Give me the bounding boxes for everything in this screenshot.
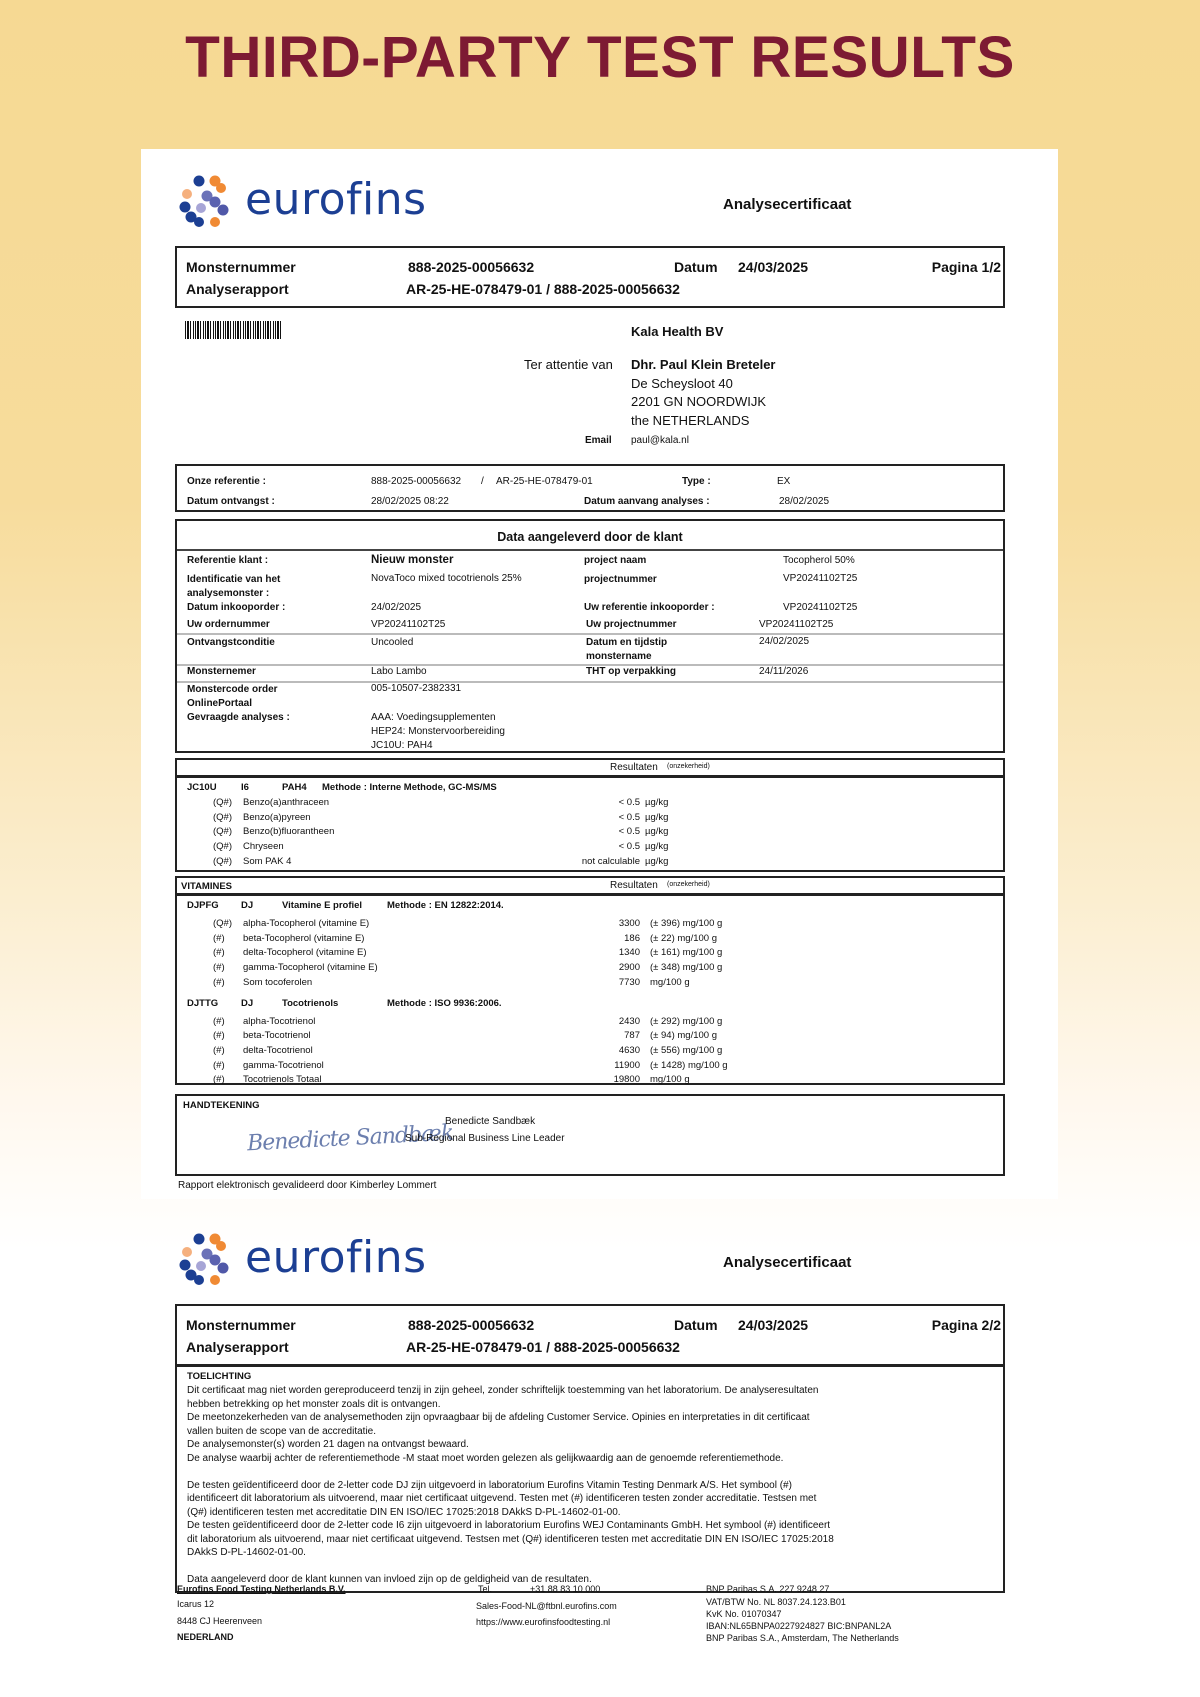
result-flag: (Q#)	[213, 812, 232, 823]
result-value: 787	[624, 1030, 640, 1041]
result-uncertainty: (± 396)	[650, 918, 680, 929]
ontvangstconditie-label: Ontvangstconditie	[187, 637, 275, 648]
analyserapport-label: Analyserapport	[186, 281, 289, 297]
result-name: Benzo(b)fluorantheen	[243, 826, 334, 837]
eurofins-logo-icon	[177, 1230, 233, 1286]
result-uncertainty: (± 1428)	[650, 1060, 685, 1071]
result-flag: (Q#)	[213, 826, 232, 837]
result-uncertainty-unit: mg/100 g	[650, 1074, 690, 1085]
contact-name: Dhr. Paul Klein Breteler	[631, 357, 776, 372]
project-naam-label: project naam	[584, 555, 646, 566]
result-unit: mg/100 g	[650, 977, 690, 988]
result-value: 186	[624, 933, 640, 944]
vitamins-section-label: VITAMINES	[181, 881, 232, 892]
eurofins-logo: eurofins	[177, 172, 427, 228]
datum-label: Datum	[674, 259, 718, 275]
notes-line: hebben betrekking op het monster zoals d…	[187, 1398, 834, 1412]
result-uncertainty: (± 161)	[650, 947, 680, 958]
page-number: Pagina 2/2	[932, 1317, 1001, 1333]
footer-country: NEDERLAND	[177, 1632, 234, 1642]
type-label: Type :	[682, 476, 711, 487]
datum-ontvangst-label: Datum ontvangst :	[187, 496, 275, 507]
page-banner-title: THIRD-PARTY TEST RESULTS	[12, 24, 1188, 91]
result-unit: µg/kg	[645, 826, 668, 837]
identificatie-label: Identificatie van het	[187, 574, 280, 585]
result-name: alpha-Tocopherol (vitamine E)	[243, 918, 369, 929]
group-method: Methode : EN 12822:2014.	[387, 900, 504, 911]
result-name: Som tocoferolen	[243, 977, 312, 988]
notes-line: De meetonzekerheden van de analysemethod…	[187, 1411, 834, 1425]
client-data-title: Data aangeleverd door de klant	[177, 530, 1003, 544]
notes-text: Dit certificaat mag niet worden gereprod…	[187, 1384, 834, 1587]
eurofins-logo-text: eurofins	[245, 178, 427, 222]
result-name: Benzo(a)pyreen	[243, 812, 311, 823]
result-name: gamma-Tocopherol (vitamine E)	[243, 962, 378, 973]
vitamins-results-box: DJPFG DJ Vitamine E profiel Methode : EN…	[175, 894, 1005, 1085]
email-value: paul@kala.nl	[631, 435, 689, 446]
result-value: < 0.5	[619, 841, 640, 852]
projectnummer-label: projectnummer	[584, 574, 657, 585]
onze-referentie-label: Onze referentie :	[187, 476, 266, 487]
result-uncertainty: (± 292)	[650, 1016, 680, 1027]
pah-code: JC10U	[187, 782, 217, 793]
result-name: Som PAK 4	[243, 856, 291, 867]
notes-line: vallen buiten de scope van de accreditat…	[187, 1425, 834, 1439]
result-flag: (Q#)	[213, 797, 232, 808]
footer-website-link[interactable]: https://www.eurofinsfoodtesting.nl	[476, 1617, 610, 1627]
uw-projectnummer-value: VP20241102T25	[759, 619, 833, 630]
signature-box: HANDTEKENING Benedicte Sandbæk Benedicte…	[175, 1094, 1005, 1176]
result-unit: mg/100 g	[683, 947, 723, 958]
datum-value: 24/03/2025	[738, 1317, 808, 1333]
analyserapport-label: Analyserapport	[186, 1339, 289, 1355]
group-name: Vitamine E profiel	[282, 900, 362, 911]
result-flag: (#)	[213, 962, 225, 973]
notes-line	[187, 1560, 834, 1574]
pah-results-box: JC10U I6 PAH4 Methode : Interne Methode,…	[175, 776, 1005, 872]
monsternemer-value: Labo Lambo	[371, 666, 427, 677]
certificate-title: Analysecertificaat	[723, 196, 851, 213]
result-value: not calculable	[582, 856, 640, 867]
result-flag: (Q#)	[213, 841, 232, 852]
notes-line: (Q#) identificeren testen met accreditat…	[187, 1506, 834, 1520]
notes-line: DAkkS D-PL-14602-01-00.	[187, 1546, 834, 1560]
notes-box: TOELICHTING Dit certificaat mag niet wor…	[175, 1365, 1005, 1593]
projectnummer-value: VP20241102T25	[783, 573, 857, 584]
pah-name: PAH4	[282, 782, 307, 793]
monstercode-value: 005-10507-2382331	[371, 683, 461, 694]
barcode	[185, 321, 283, 339]
notes-line: De testen geïdentificeerd door de 2-lett…	[187, 1519, 834, 1533]
analysis-item: AAA: Voedingsupplementen	[371, 712, 496, 723]
tht-value: 24/11/2026	[759, 666, 808, 677]
pah-method: Methode : Interne Methode, GC-MS/MS	[322, 782, 497, 793]
type-value: EX	[777, 476, 790, 487]
monsternummer-label: Monsternummer	[186, 1317, 296, 1333]
pah-lab: I6	[241, 782, 249, 793]
uw-referentie-inkooporder-label: Uw referentie inkooporder :	[584, 602, 715, 613]
result-name: Benzo(a)anthraceen	[243, 797, 329, 808]
footer-street: Icarus 12	[177, 1599, 214, 1609]
result-unit: mg/100 g	[650, 1074, 690, 1085]
result-name: beta-Tocotrienol	[243, 1030, 311, 1041]
analyserapport-value: AR-25-HE-078479-01 / 888-2025-00056632	[406, 281, 680, 297]
result-uncertainty: (± 22)	[650, 933, 675, 944]
notes-line: dit laboratorium als uitvoerend, maar ni…	[187, 1533, 834, 1547]
result-value: 2430	[619, 1016, 640, 1027]
uw-ordernummer-value: VP20241102T25	[371, 619, 445, 630]
result-unit: µg/kg	[645, 856, 668, 867]
result-name: delta-Tocotrienol	[243, 1045, 313, 1056]
result-unit: µg/kg	[645, 797, 668, 808]
uw-ordernummer-label: Uw ordernummer	[187, 619, 270, 630]
uncertainty-label: (onzekerheid)	[667, 763, 710, 770]
certificate-header-box: Monsternummer 888-2025-00056632 Datum 24…	[175, 1304, 1005, 1366]
result-value: 2900	[619, 962, 640, 973]
eurofins-logo: eurofins	[177, 1230, 427, 1286]
footer-kvk: KvK No. 01070347	[706, 1609, 782, 1619]
datum-value: 24/03/2025	[738, 259, 808, 275]
ontvangstconditie-value: Uncooled	[371, 637, 413, 648]
monstercode-label-2: OnlinePortaal	[187, 698, 252, 709]
validation-note: Rapport elektronisch gevalideerd door Ki…	[178, 1180, 436, 1191]
referentie-klant-value: Nieuw monster	[371, 554, 453, 566]
certificate-title: Analysecertificaat	[723, 1254, 851, 1271]
notes-title: TOELICHTING	[187, 1371, 251, 1382]
uw-projectnummer-label: Uw projectnummer	[586, 619, 677, 630]
monstername-value: 24/02/2025	[759, 636, 809, 647]
result-value: 1340	[619, 947, 640, 958]
result-name: alpha-Tocotrienol	[243, 1016, 315, 1027]
gevraagde-analyses-label: Gevraagde analyses :	[187, 712, 290, 723]
page-number: Pagina 1/2	[932, 259, 1001, 275]
datum-aanvang-value: 28/02/2025	[779, 496, 829, 507]
footer-email-link[interactable]: Sales-Food-NL@ftbnl.eurofins.com	[476, 1601, 617, 1611]
notes-line: Dit certificaat mag niet worden gereprod…	[187, 1384, 834, 1398]
datum-ontvangst-value: 28/02/2025 08:22	[371, 496, 449, 507]
signature-title: HANDTEKENING	[183, 1100, 260, 1111]
result-uncertainty-unit: (± 396) mg/100 g	[650, 918, 722, 929]
result-uncertainty-unit: (± 22) mg/100 g	[650, 933, 717, 944]
group-name: Tocotrienols	[282, 998, 338, 1009]
pah-results-header: Resultaten (onzekerheid)	[175, 758, 1005, 777]
result-value: 4630	[619, 1045, 640, 1056]
result-flag: (#)	[213, 1060, 225, 1071]
notes-line: De analysemonster(s) worden 21 dagen na …	[187, 1438, 834, 1452]
notes-line: identificeert dit laboratorium als uitvo…	[187, 1492, 834, 1506]
datum-label: Datum	[674, 1317, 718, 1333]
result-flag: (#)	[213, 1030, 225, 1041]
address-street: De Scheysloot 40	[631, 376, 733, 391]
group-lab: DJ	[241, 998, 253, 1009]
uw-referentie-inkooporder-value: VP20241102T25	[783, 602, 857, 613]
result-unit: µg/kg	[645, 812, 668, 823]
identificatie-value: NovaToco mixed tocotrienols 25%	[371, 573, 522, 584]
result-name: Tocotrienols Totaal	[243, 1074, 322, 1085]
eurofins-logo-text: eurofins	[245, 1236, 427, 1280]
vitamins-results-header: VITAMINES Resultaten (onzekerheid)	[175, 876, 1005, 895]
group-method: Methode : ISO 9936:2006.	[387, 998, 502, 1009]
client-company: Kala Health BV	[631, 324, 723, 339]
notes-line: De analyse waarbij achter de referentiem…	[187, 1452, 834, 1466]
result-value: 19800	[614, 1074, 640, 1085]
result-name: Chryseen	[243, 841, 284, 852]
notes-line	[187, 1465, 834, 1479]
group-lab: DJ	[241, 900, 253, 911]
result-flag: (Q#)	[213, 856, 232, 867]
result-value: < 0.5	[619, 797, 640, 808]
monstercode-label: Monstercode order	[187, 684, 278, 695]
result-unit: mg/100 g	[683, 1045, 723, 1056]
email-label: Email	[585, 435, 612, 446]
footer-tel-label: Tel.	[478, 1584, 492, 1594]
result-uncertainty-unit: (± 1428) mg/100 g	[650, 1060, 728, 1071]
result-name: delta-Tocopherol (vitamine E)	[243, 947, 367, 958]
result-uncertainty-unit: mg/100 g	[650, 977, 690, 988]
result-uncertainty: (± 94)	[650, 1030, 675, 1041]
address-country: the NETHERLANDS	[631, 413, 749, 428]
footer-tel[interactable]: +31 88 83 10 000	[530, 1584, 600, 1594]
group-code: DJPFG	[187, 900, 219, 911]
result-uncertainty-unit: (± 292) mg/100 g	[650, 1016, 722, 1027]
datum-inkooporder-label: Datum inkooporder :	[187, 602, 285, 613]
reference-box: Onze referentie : 888-2025-00056632 / AR…	[175, 464, 1005, 512]
result-value: 7730	[619, 977, 640, 988]
eurofins-logo-icon	[177, 172, 233, 228]
analysis-item: JC10U: PAH4	[371, 740, 433, 751]
result-flag: (#)	[213, 1016, 225, 1027]
notes-line: De testen geïdentificeerd door de 2-lett…	[187, 1479, 834, 1493]
monstername-label-2: monstername	[586, 651, 652, 662]
onze-referentie-value: 888-2025-00056632	[371, 476, 461, 487]
result-unit: mg/100 g	[677, 933, 717, 944]
result-flag: (Q#)	[213, 918, 232, 929]
result-unit: mg/100 g	[683, 918, 723, 929]
certificate-header-box: Monsternummer 888-2025-00056632 Datum 24…	[175, 246, 1005, 308]
results-label: Resultaten	[610, 762, 658, 773]
footer-bank-location: BNP Paribas S.A., Amsterdam, The Netherl…	[706, 1633, 899, 1643]
address-city: 2201 GN NOORDWIJK	[631, 394, 766, 409]
identificatie-label-2: analysemonster :	[187, 588, 269, 599]
footer-company: Eurofins Food Testing Netherlands B.V.	[177, 1584, 346, 1594]
project-naam-value: Tocopherol 50%	[783, 555, 855, 566]
analysis-item: HEP24: Monstervoorbereiding	[371, 726, 505, 737]
result-value: < 0.5	[619, 826, 640, 837]
result-unit: mg/100 g	[688, 1060, 728, 1071]
result-flag: (#)	[213, 933, 225, 944]
footer-vat: VAT/BTW No. NL 8037.24.123.B01	[706, 1597, 846, 1607]
result-value: 3300	[619, 918, 640, 929]
result-name: gamma-Tocotrienol	[243, 1060, 324, 1071]
result-flag: (#)	[213, 1074, 225, 1085]
onze-referentie-value-2: AR-25-HE-078479-01	[496, 476, 593, 487]
datum-aanvang-label: Datum aanvang analyses :	[584, 496, 710, 507]
result-unit: mg/100 g	[683, 1016, 723, 1027]
result-flag: (#)	[213, 1045, 225, 1056]
monsternummer-label: Monsternummer	[186, 259, 296, 275]
result-flag: (#)	[213, 947, 225, 958]
analyserapport-value: AR-25-HE-078479-01 / 888-2025-00056632	[406, 1339, 680, 1355]
datum-inkooporder-value: 24/02/2025	[371, 602, 421, 613]
monsternemer-label: Monsternemer	[187, 666, 256, 677]
uncertainty-label: (onzekerheid)	[667, 881, 710, 888]
result-value: 11900	[614, 1060, 640, 1071]
monstername-label: Datum en tijdstip	[586, 637, 667, 648]
result-uncertainty: (± 556)	[650, 1045, 680, 1056]
group-code: DJTTG	[187, 998, 218, 1009]
footer-bank: BNP Paribas S.A. 227 9248 27	[706, 1584, 829, 1594]
onze-referentie-separator: /	[481, 476, 484, 487]
result-unit: µg/kg	[645, 841, 668, 852]
result-uncertainty-unit: (± 94) mg/100 g	[650, 1030, 717, 1041]
attention-label: Ter attentie van	[524, 357, 613, 372]
result-uncertainty: (± 348)	[650, 962, 680, 973]
footer-city: 8448 CJ Heerenveen	[177, 1616, 262, 1626]
results-label: Resultaten	[610, 880, 658, 891]
result-name: beta-Tocopherol (vitamine E)	[243, 933, 364, 944]
result-unit: mg/100 g	[683, 962, 723, 973]
signatory-role: Sub-Regional Business Line Leader	[405, 1133, 565, 1144]
result-value: < 0.5	[619, 812, 640, 823]
monsternummer-value: 888-2025-00056632	[408, 1317, 534, 1333]
referentie-klant-label: Referentie klant :	[187, 555, 268, 566]
signatory-name: Benedicte Sandbæk	[445, 1116, 535, 1127]
result-flag: (#)	[213, 977, 225, 988]
tht-label: THT op verpakking	[586, 666, 676, 677]
footer-iban: IBAN:NL65BNPA0227924827 BIC:BNPANL2A	[706, 1621, 891, 1631]
client-data-box: Data aangeleverd door de klant Referenti…	[175, 519, 1005, 753]
result-unit: mg/100 g	[677, 1030, 717, 1041]
monsternummer-value: 888-2025-00056632	[408, 259, 534, 275]
result-uncertainty-unit: (± 161) mg/100 g	[650, 947, 722, 958]
result-uncertainty-unit: (± 348) mg/100 g	[650, 962, 722, 973]
result-uncertainty-unit: (± 556) mg/100 g	[650, 1045, 722, 1056]
